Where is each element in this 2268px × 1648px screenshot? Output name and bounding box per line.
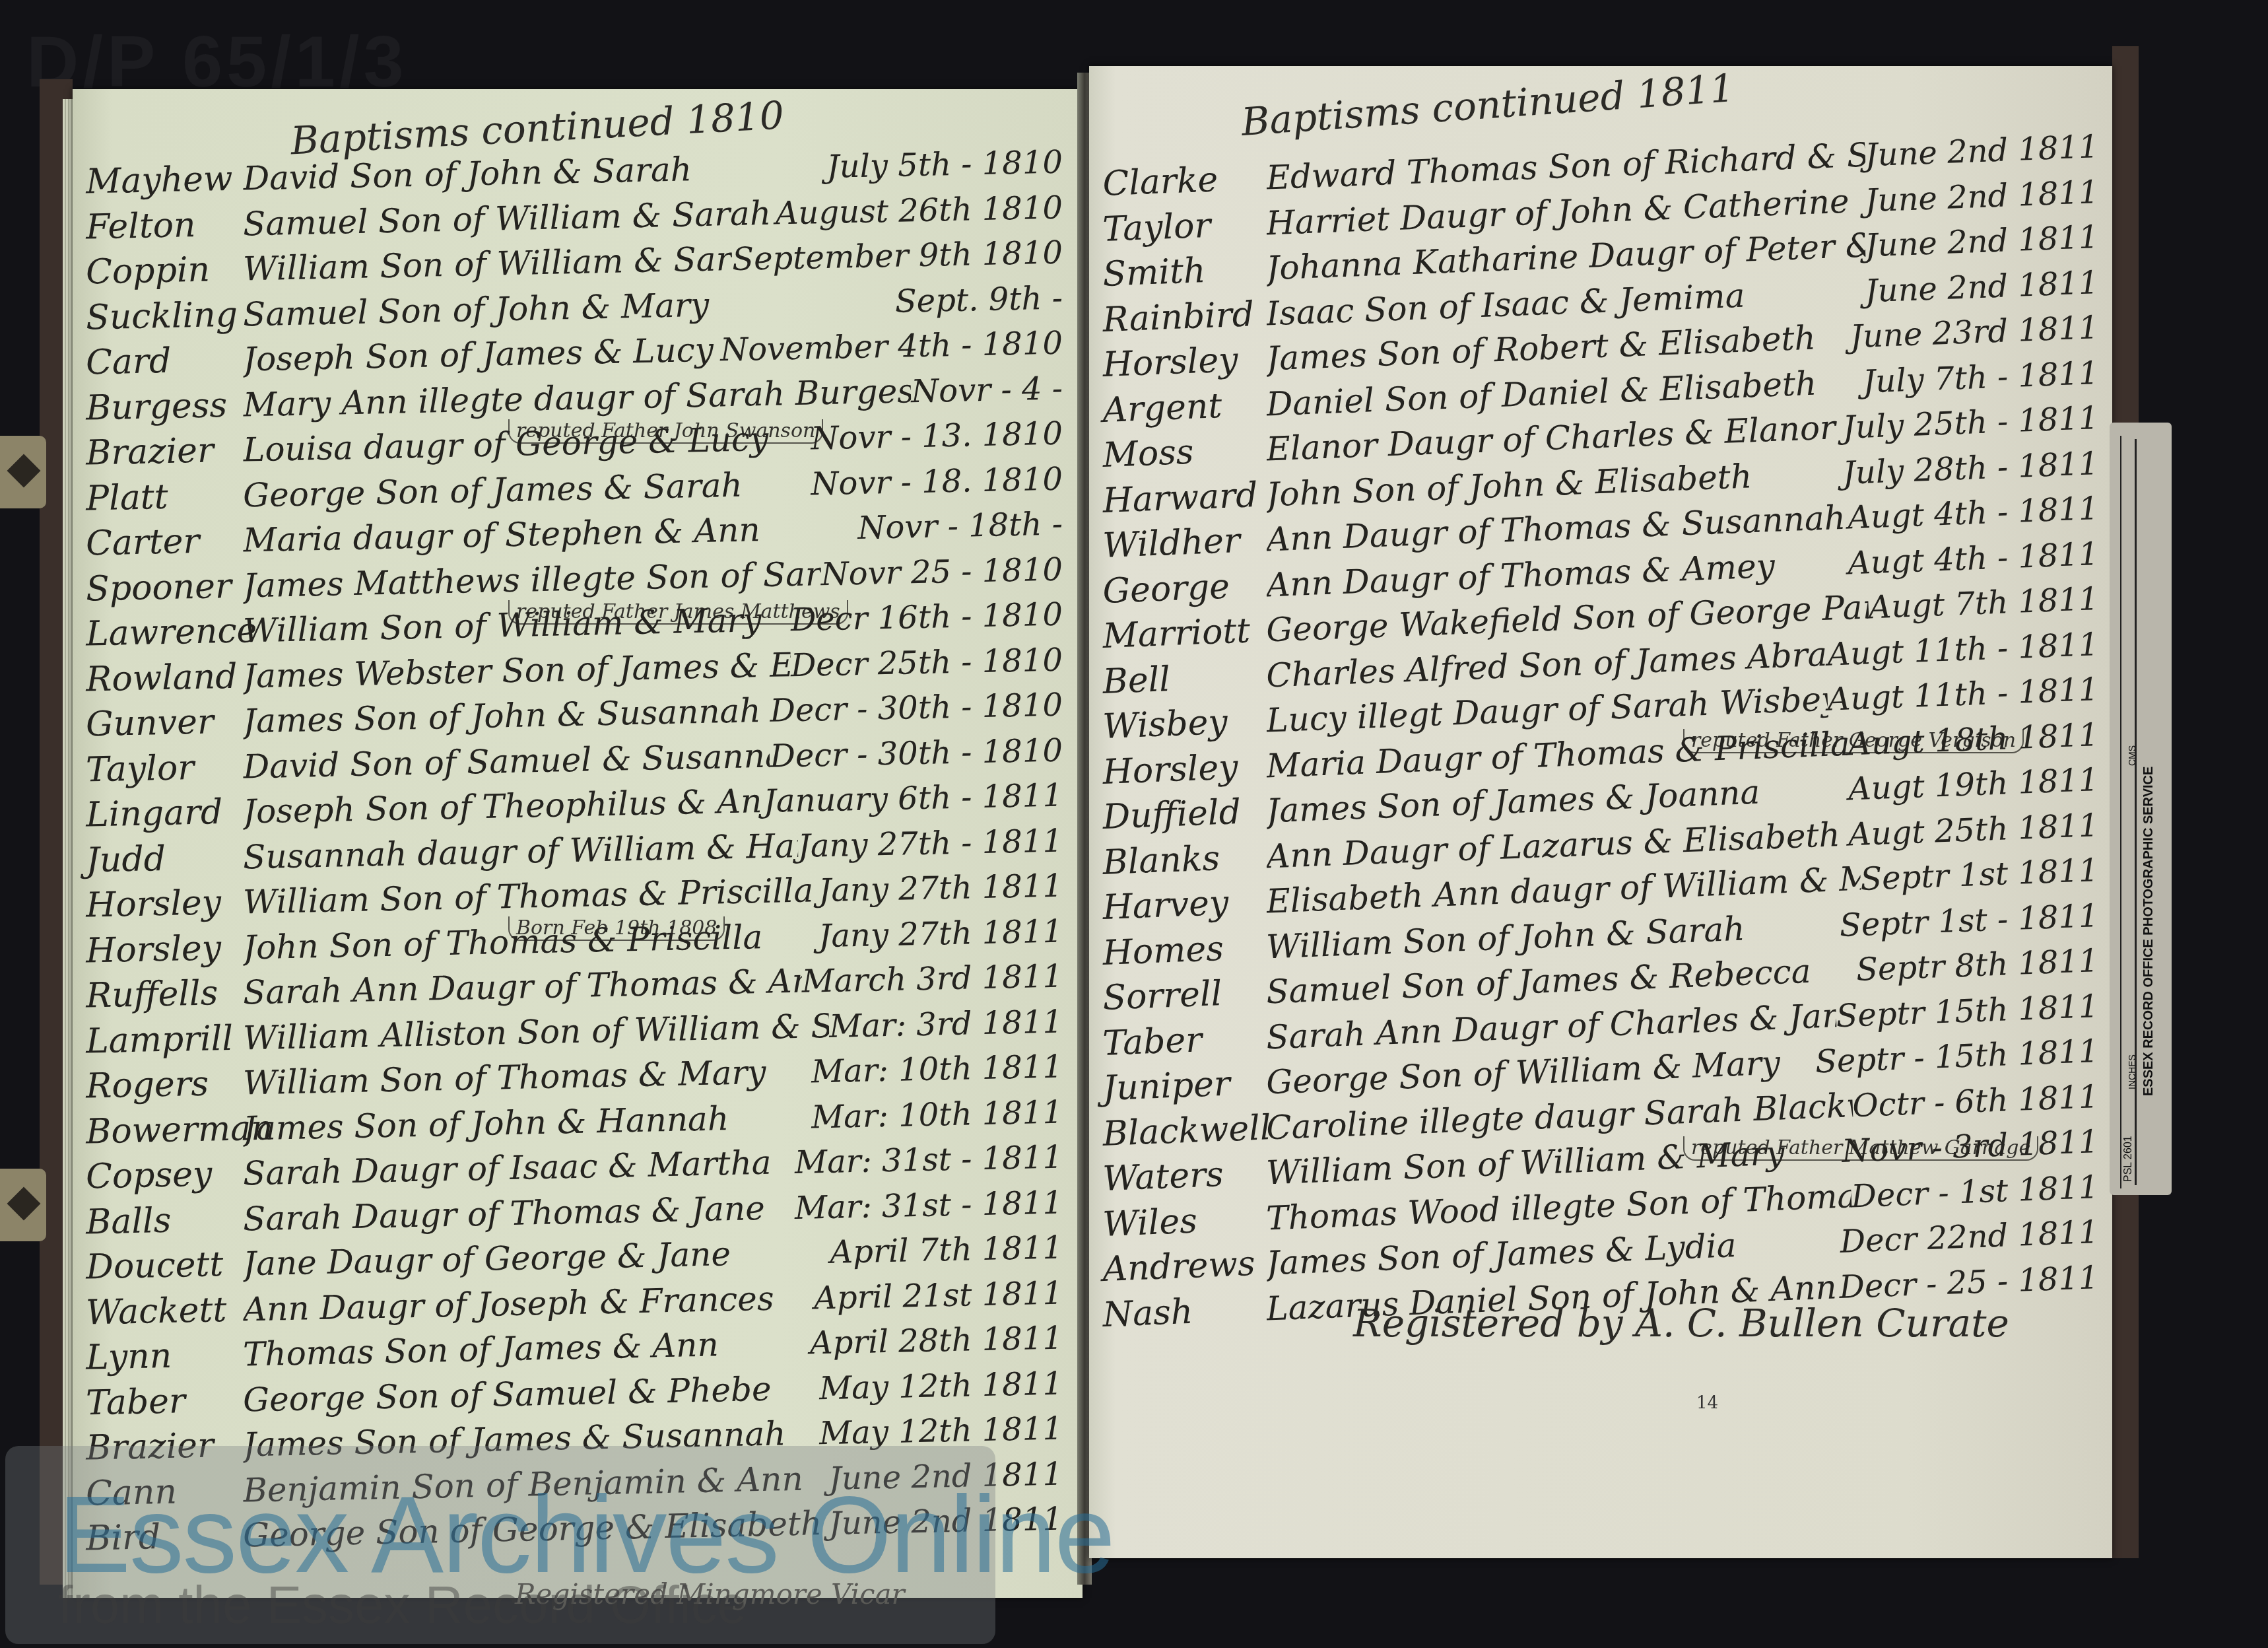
entry-date: Mar: 3rd 1811 [829, 1003, 1063, 1045]
curate-signature: Registered by A. C. Bullen Curate [1353, 1301, 2009, 1346]
entry-details: James Son of John & Hannah [243, 1097, 812, 1148]
entry-surname: Rowland [86, 657, 225, 699]
entry-date: Sept. 9th - [894, 279, 1063, 320]
clasp-hole-icon [7, 1187, 41, 1221]
entry-date: Novr - 13. 1810 [811, 415, 1063, 458]
entry-date: Octr - 6th 1811 [1851, 1078, 2099, 1124]
entry-date: Jany 27th 1811 [818, 868, 1063, 910]
entry-surname: Harvey [1102, 883, 1248, 928]
entry-date: April 28th 1811 [809, 1320, 1063, 1362]
entry-surname: Coppin [86, 250, 225, 292]
entry-details: William Son of William & Mary [243, 600, 791, 650]
entry-surname: Blanks [1102, 837, 1248, 882]
entry-date: Decr - 25 - 1811 [1838, 1259, 2099, 1306]
entry-surname: Wisbey [1102, 702, 1248, 747]
entry-details: Samuel Son of John & Mary [243, 281, 896, 333]
entry-surname: Felton [86, 205, 225, 247]
ruler-cms-label: CMS [2127, 745, 2137, 766]
entry-surname: Lamprill [86, 1019, 225, 1061]
entry-date: Novr 25 - 1810 [820, 551, 1063, 593]
entry-date: April 21st 1811 [814, 1274, 1063, 1317]
ruler-edge-line [2120, 436, 2121, 1188]
entry-surname: Sorrell [1102, 973, 1248, 1018]
entry-details: Sarah Daugr of Isaac & Martha [243, 1143, 795, 1192]
entry-surname: Nash [1102, 1289, 1248, 1334]
entry-surname: Wackett [86, 1290, 225, 1332]
entry-surname: Argent [1102, 385, 1248, 430]
entry-surname: Wildher [1102, 521, 1248, 566]
entry-details: George Son of James & Sarah [243, 464, 812, 514]
ruler-code: PSL 2601 [2123, 1136, 2135, 1182]
clasp-hole-icon [7, 454, 41, 488]
entry-date: Novr - 3rd 1811 [1841, 1123, 2099, 1170]
entry-details: Ann Daugr of Joseph & Frances [243, 1278, 815, 1328]
entry-surname: Horsley [86, 883, 225, 925]
entry-date: Septr 8th 1811 [1855, 942, 2100, 988]
entry-surname: Card [86, 340, 225, 382]
entry-date: March 3rd 1811 [801, 958, 1063, 1000]
entry-surname: Waters [1102, 1154, 1248, 1199]
entry-surname: Burgess [86, 386, 225, 428]
entry-surname: Lawrence [86, 611, 225, 654]
entry-details: Joseph Son of James & Lucy [243, 330, 721, 378]
entry-surname: Rogers [86, 1064, 225, 1106]
entry-details: Jane Daugr of George & Jane [243, 1233, 831, 1284]
entry-surname: Marriott [1102, 611, 1248, 656]
entry-date: Augt 11th - 1811 [1827, 671, 2100, 718]
entry-surname: Bell [1102, 656, 1248, 701]
entry-surname: Lingard [86, 792, 225, 835]
clasp-top [0, 436, 46, 508]
entry-date: August 26th 1810 [775, 189, 1063, 232]
entry-surname: Duffield [1102, 792, 1248, 837]
entry-date: Septr 1st - 1811 [1839, 897, 2100, 944]
entry-date: Decr - 30th - 1810 [770, 732, 1063, 774]
entry-date: Novr - 4 - [911, 370, 1063, 410]
entry-date: Novr - 18. 1810 [811, 460, 1063, 502]
entry-surname: Brazier [86, 430, 225, 473]
clasp-bottom [0, 1169, 46, 1241]
entry-surname: Judd [86, 838, 225, 880]
entry-date: June 2nd 1811 [1864, 219, 2099, 265]
entry-date: June 2nd 1811 [1864, 174, 2099, 220]
entry-date: June 2nd 1811 [1864, 264, 2099, 310]
entry-surname: Clarke [1102, 159, 1248, 204]
ruler-label: ESSEX RECORD OFFICE PHOTOGRAPHIC SERVICE [2141, 767, 2156, 1096]
entry-surname: Taber [1102, 1018, 1248, 1063]
entry-date: May 12th 1811 [819, 1365, 1063, 1407]
entry-date: Decr - 1st 1811 [1850, 1169, 2099, 1215]
entry-date: Novr - 18th - [857, 506, 1063, 547]
entry-date: Augt 4th - 1811 [1847, 535, 2099, 582]
entry-date: January 6th - 1811 [763, 777, 1063, 820]
entry-date: June 23rd 1811 [1850, 309, 2100, 355]
entry-date: June 2nd 1811 [1864, 128, 2099, 174]
entry-surname: Taber [86, 1381, 225, 1423]
entry-surname: Horsley [1102, 747, 1248, 792]
entry-date: September 9th 1810 [732, 234, 1063, 278]
entry-details: Joseph Son of Theophilus & Ann [243, 782, 764, 831]
entry-date: Decr 22nd 1811 [1840, 1214, 2100, 1260]
entry-surname: Moss [1102, 430, 1248, 475]
folio-number: 14 [1696, 1393, 1718, 1413]
entry-details: Mary Ann illegte daugr of Sarah Burgess [243, 372, 912, 424]
entry-details: William Son of Thomas & Priscilla [243, 871, 819, 921]
entry-details: Sarah Daugr of Thomas & Jane [243, 1188, 795, 1238]
entry-date: Decr 16th - 1810 [790, 596, 1063, 639]
entry-date: Augt 7th 1811 [1868, 580, 2100, 626]
entry-surname: Taylor [1102, 204, 1248, 249]
entry-surname: George [1102, 566, 1248, 611]
entry-surname: Juniper [1102, 1064, 1248, 1109]
entry-date: Mar: 31st - 1811 [794, 1139, 1063, 1181]
entry-date: Augt 18th 1811 [1848, 716, 2099, 763]
ruler-inches-label: INCHES [2127, 1054, 2137, 1089]
entry-details: James Son of John & Susannah [243, 691, 770, 741]
entry-surname: Harward [1102, 475, 1248, 520]
entry-details: William Alliston Son of William & Sarah [243, 1006, 830, 1057]
entry-surname: Mayhew [86, 159, 225, 201]
entry-date: Septr - 15th 1811 [1815, 1033, 2100, 1080]
entry-date: Jany 27th - 1811 [797, 822, 1063, 864]
entry-surname: Horsley [86, 928, 225, 971]
entry-date: July 25th - 1811 [1842, 399, 2100, 446]
entry-date: Septr 15th 1811 [1835, 988, 2099, 1035]
entry-date: Augt 19th 1811 [1848, 761, 2099, 808]
entry-surname: Andrews [1102, 1245, 1248, 1289]
entry-date: July 28th - 1811 [1842, 445, 2100, 492]
right-page: Baptisms continued 1811 ClarkeEdward Tho… [1089, 66, 2112, 1558]
entry-details: Thomas Son of James & Ann [243, 1324, 811, 1374]
entry-date: Augt 4th - 1811 [1847, 490, 2099, 537]
entry-details: James Matthews illegte Son of Sarah Spoo… [243, 555, 822, 605]
entry-surname: Homes [1102, 928, 1248, 973]
entry-date: Septr 1st 1811 [1859, 852, 2099, 898]
entry-date: Jany 27th 1811 [818, 912, 1063, 955]
entry-surname: Platt [86, 476, 225, 518]
entry-surname: Wiles [1102, 1199, 1248, 1244]
entry-surname: Blackwell [1102, 1109, 1248, 1153]
entry-date: Augt 11th - 1811 [1827, 626, 2100, 673]
entry-date: Mar: 31st - 1811 [794, 1184, 1063, 1226]
entry-details: William Son of William & Sarah [243, 240, 733, 289]
entry-surname: Suckling [86, 295, 225, 337]
left-page: Baptisms continued 1810 MayhewDavid Son … [73, 89, 1083, 1598]
entry-details: George Son of Samuel & Phebe [243, 1369, 820, 1419]
entry-surname: Carter [86, 521, 225, 563]
right-page-title: Baptisms continued 1811 [1240, 65, 1736, 145]
entry-details: David Son of Samuel & Susannah [243, 736, 770, 786]
entry-surname: Balls [86, 1200, 225, 1242]
scale-ruler: ESSEX RECORD OFFICE PHOTOGRAPHIC SERVICE… [2110, 423, 2172, 1195]
entry-details: John Son of Thomas & Priscilla [243, 916, 819, 967]
entry-details: Sarah Ann Daugr of Thomas & Ann [243, 962, 803, 1012]
entry-date: November 4th - 1810 [719, 325, 1063, 369]
entry-surname: Lynn [86, 1335, 225, 1377]
entry-surname: Rainbird [1102, 294, 1248, 339]
watermark-subtitle: from the Essex Record Office [58, 1575, 747, 1635]
entry-surname: Doucett [86, 1245, 225, 1287]
entry-date: Decr - 30th - 1810 [770, 687, 1063, 730]
entry-date: Augt 25th 1811 [1848, 807, 2099, 854]
entry-date: Mar: 10th 1811 [811, 1048, 1063, 1091]
entry-surname: Taylor [86, 747, 225, 790]
entry-details: Louisa daugr of George & Lucy [243, 419, 812, 469]
entry-details: James Webster Son of James & Elisabeth [243, 646, 791, 695]
entry-date: Decr 25th - 1810 [790, 641, 1063, 684]
entry-details: Susannah daugr of William & Hannah [243, 826, 799, 876]
entry-surname: Ruffells [86, 973, 225, 1015]
entry-surname: Horsley [1102, 340, 1248, 385]
entry-surname: Bowerman [86, 1109, 225, 1151]
entry-details: Samuel Son of William & Sarah [243, 193, 776, 243]
entry-surname: Spooner [86, 566, 225, 609]
entry-details: Maria daugr of Stephen & Ann [243, 508, 859, 559]
entry-date: April 7th 1811 [830, 1229, 1063, 1271]
entry-date: Mar: 10th 1811 [811, 1093, 1063, 1136]
entry-surname: Copsey [86, 1154, 225, 1196]
entry-date: July 7th - 1811 [1862, 355, 2099, 401]
watermark: Essex Archives Online from the Essex Rec… [5, 1446, 995, 1644]
entry-details: William Son of Thomas & Mary [243, 1052, 812, 1102]
entry-date: July 5th - 1810 [826, 144, 1063, 186]
entry-surname: Gunver [86, 702, 225, 744]
entry-surname: Smith [1102, 250, 1248, 294]
